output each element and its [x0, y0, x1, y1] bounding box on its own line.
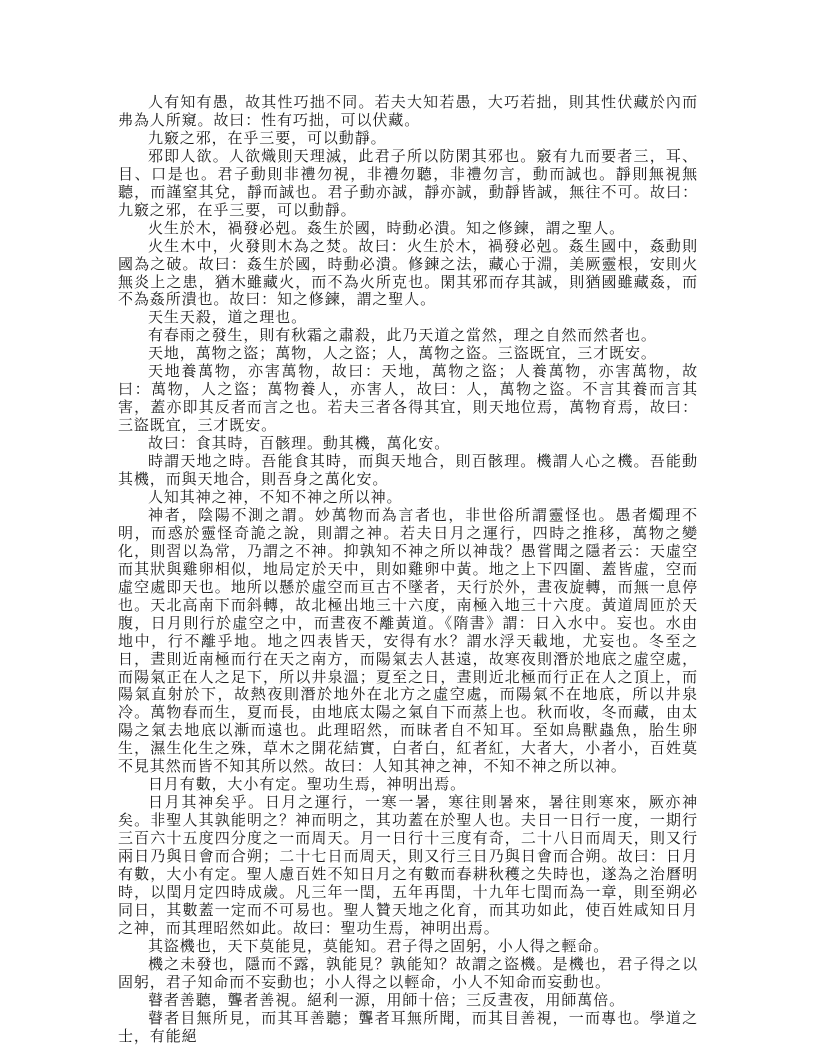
paragraph: 有春雨之發生，則有秋霜之肅殺，此乃天道之當然，理之自然而然者也。 — [118, 327, 698, 345]
document-page: 人有知有愚，故其性巧拙不同。若夫大知若愚，大巧若拙，則其性伏藏於內而弗為人所窺。… — [118, 94, 698, 1046]
paragraph: 天生天殺，道之理也。 — [118, 309, 698, 327]
paragraph: 日月其神矣乎。日月之運行，一寒一暑，寒往則暑來，暑往則寒來，厥亦神矣。非聖人其孰… — [118, 794, 698, 938]
paragraph: 邪即人欲。人欲熾則天理滅，此君子所以防閑其邪也。竅有九而要者三，耳、目、口是也。… — [118, 148, 698, 220]
paragraph: 瞽者目無所見，而其耳善聽；聾者耳無所聞，而其目善視，一而專也。學道之士，有能絕 — [118, 1010, 698, 1046]
paragraph: 天地，萬物之盜；萬物，人之盜；人，萬物之盜。三盜既宜，三才既安。 — [118, 345, 698, 363]
paragraph: 時謂天地之時。吾能食其時，而與天地合，則百骸理。機謂人心之機。吾能動其機，而與天… — [118, 453, 698, 489]
paragraph: 機之未發也，隱而不露，孰能見？孰能知？故謂之盜機。是機也，君子得之以固躬，君子知… — [118, 956, 698, 992]
paragraph: 故曰：食其時，百骸理。動其機，萬化安。 — [118, 435, 698, 453]
paragraph: 其盜機也，天下莫能見，莫能知。君子得之固躬，小人得之輕命。 — [118, 938, 698, 956]
paragraph: 日月有數，大小有定。聖功生焉，神明出焉。 — [118, 776, 698, 794]
paragraph: 天地養萬物，亦害萬物，故曰：天地，萬物之盜；人養萬物，亦害萬物，故曰：萬物，人之… — [118, 363, 698, 435]
paragraph: 人有知有愚，故其性巧拙不同。若夫大知若愚，大巧若拙，則其性伏藏於內而弗為人所窺。… — [118, 94, 698, 130]
paragraph: 九竅之邪，在乎三要，可以動靜。 — [118, 130, 698, 148]
paragraph: 火生木中，火發則木為之焚。故曰：火生於木，禍發必剋。姦生國中，姦動則國為之破。故… — [118, 238, 698, 310]
paragraph: 火生於木，禍發必剋。姦生於國，時動必潰。知之修鍊，謂之聖人。 — [118, 220, 698, 238]
paragraph: 瞽者善聽，聾者善視。絕利一源，用師十倍；三反晝夜，用師萬倍。 — [118, 992, 698, 1010]
paragraph: 人知其神之神，不知不神之所以神。 — [118, 489, 698, 507]
paragraph: 神者，陰陽不測之謂。妙萬物而為言者也，非世俗所謂靈怪也。愚者燭理不明，而惑於靈怪… — [118, 507, 698, 776]
